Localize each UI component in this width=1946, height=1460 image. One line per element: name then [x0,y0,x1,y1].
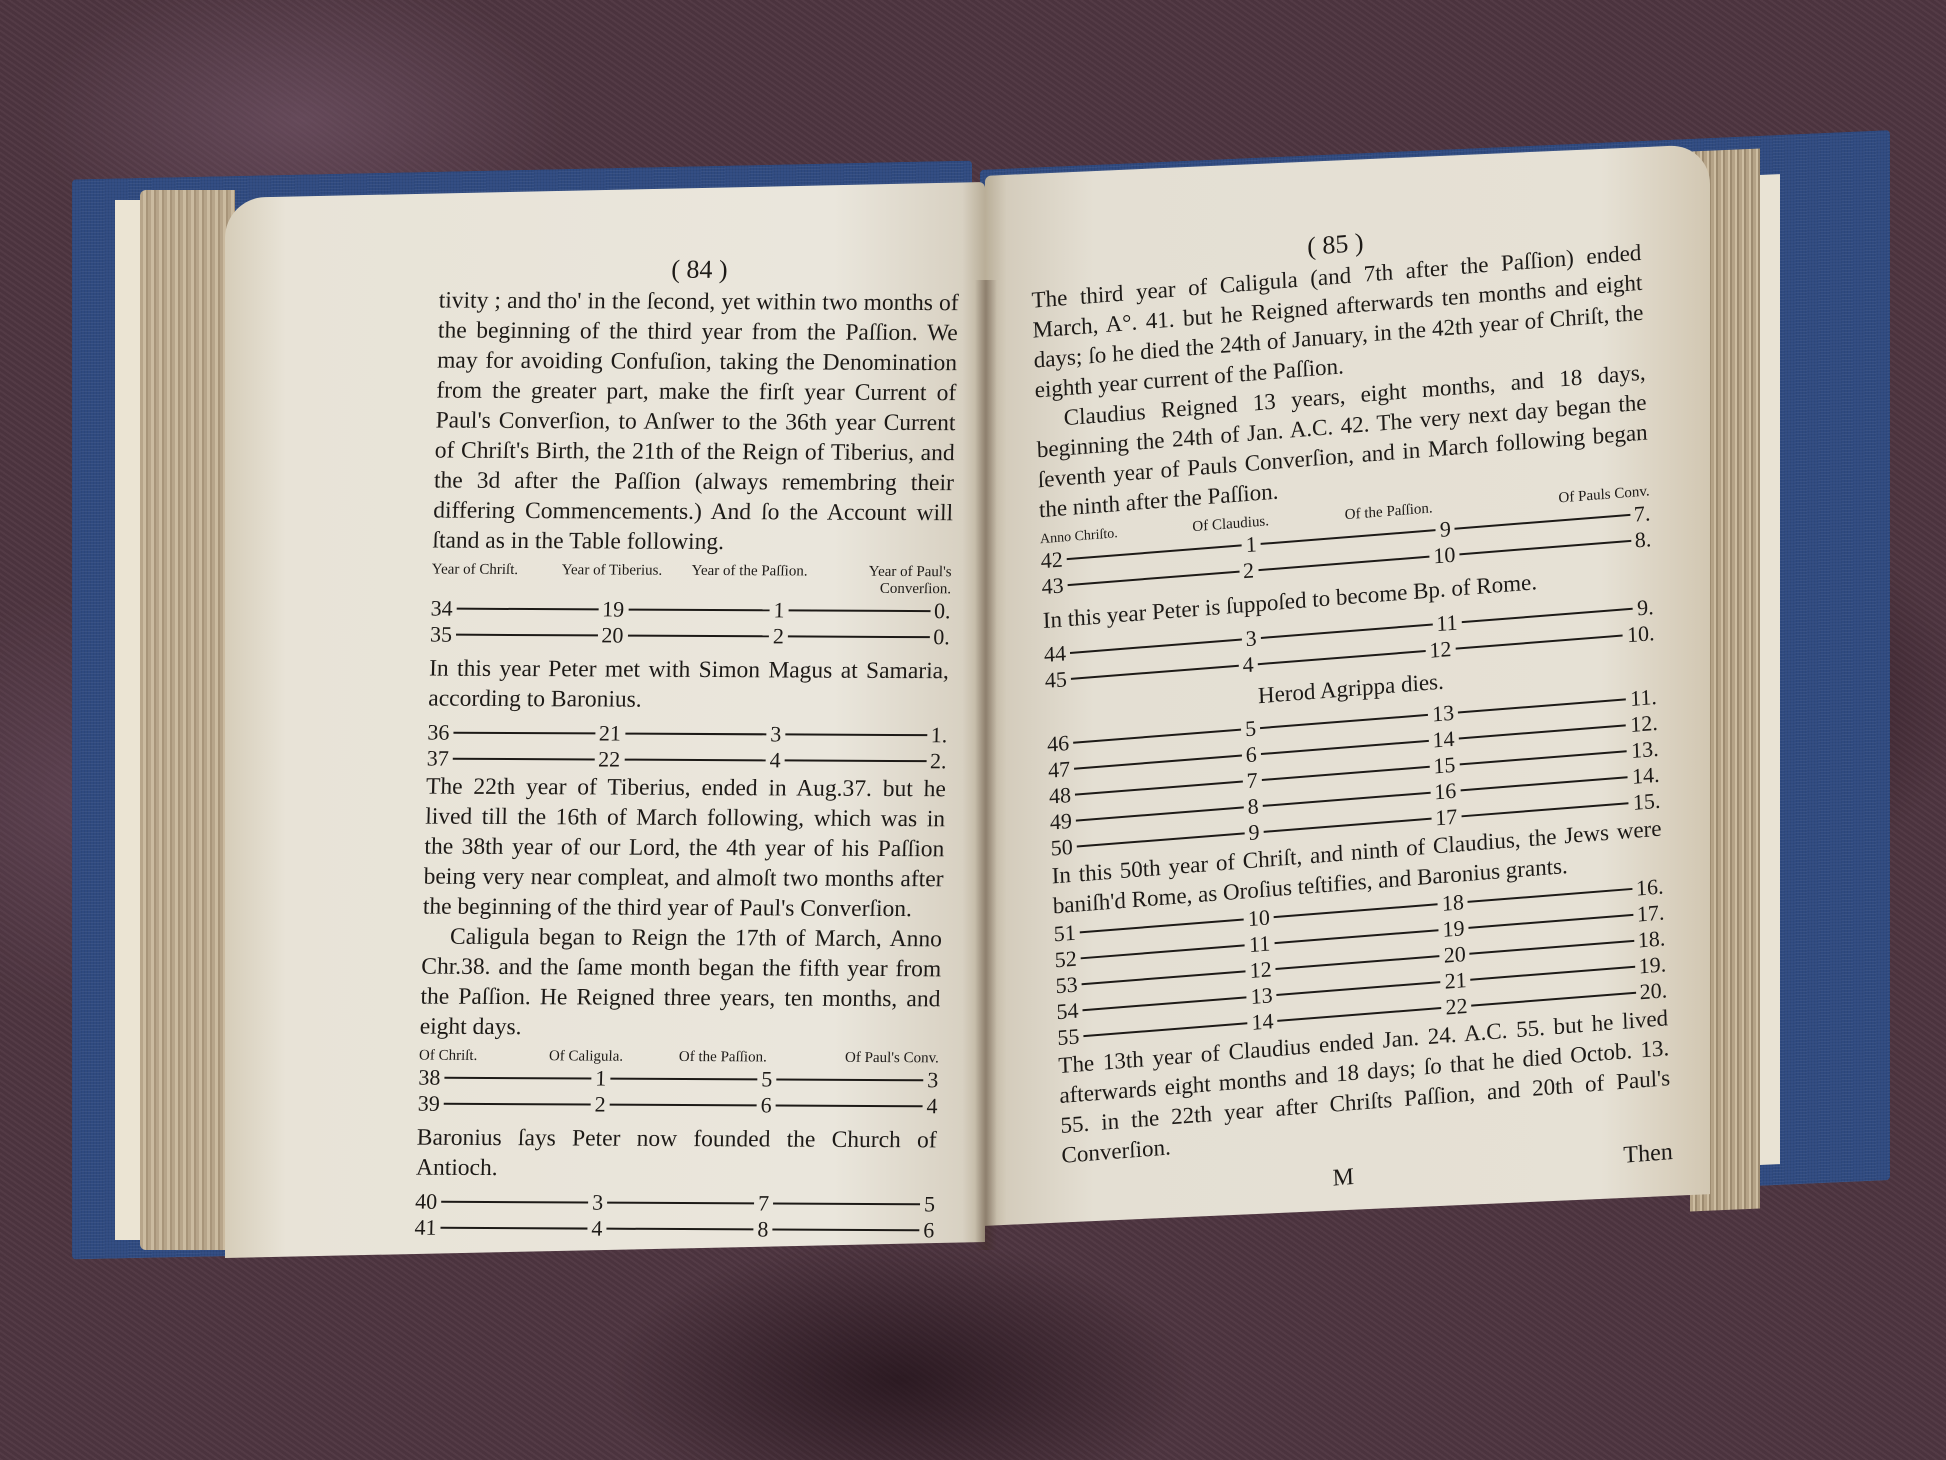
catchword: The [896,1257,934,1258]
column-header: Of the Paſſion. [679,1049,809,1067]
column-header: Year of the Paſſion. [691,563,822,598]
paragraph: The 22th year of Tiberius, ended in Aug.… [423,772,947,925]
table-row: 39 2 6 4 [417,1091,938,1120]
column-header: Year of Chriſt. [431,562,562,597]
column-header: Year of Paul's Converſion. [821,564,952,599]
right-page: ( 85 ) The third year of Caligula (and 7… [985,144,1710,1226]
left-page: ( 84 ) tivity ; and tho' in the ſecond, … [225,182,985,1258]
catchword: Then [1623,1137,1673,1171]
note: In this year Peter met with Simon Magus … [428,654,949,717]
table-row: 37 22 4 2. [426,746,947,775]
table-row: 35 20 2 0. [430,622,951,651]
column-header: Of Caligula. [549,1048,679,1066]
page-footer: The [413,1255,934,1258]
table-row: 36 21 3 1. [427,720,948,749]
paragraph: tivity ; and tho' in the ſecond, yet wit… [432,285,959,558]
table-row: 41 4 8 6 [414,1215,935,1244]
column-header: Of Chriſt. [419,1048,549,1066]
table-row: 40 3 7 5 [415,1189,936,1218]
signature-mark: M [1332,1162,1354,1194]
table-row: 34 19 1 0. [430,596,951,625]
table-header: Of Chriſt. Of Caligula. Of the Paſſion. … [419,1048,939,1068]
right-page-text: ( 85 ) The third year of Caligula (and 7… [1030,206,1673,1215]
table-row: 38 1 5 3 [418,1065,939,1094]
column-header: Of Paul's Conv. [809,1050,939,1068]
note: Baronius ſays Peter now founded the Chur… [416,1123,937,1186]
left-page-text: ( 84 ) tivity ; and tho' in the ſecond, … [413,253,960,1258]
page-number: ( 84 ) [439,253,960,286]
book-gutter [975,280,997,1250]
table-header: Year of Chriſt. Year of Tiberius. Year o… [431,562,952,599]
page-edges-left [140,190,235,1250]
column-header: Year of Tiberius. [561,562,692,597]
paragraph: Caligula began to Reign the 17th of Marc… [419,922,942,1045]
